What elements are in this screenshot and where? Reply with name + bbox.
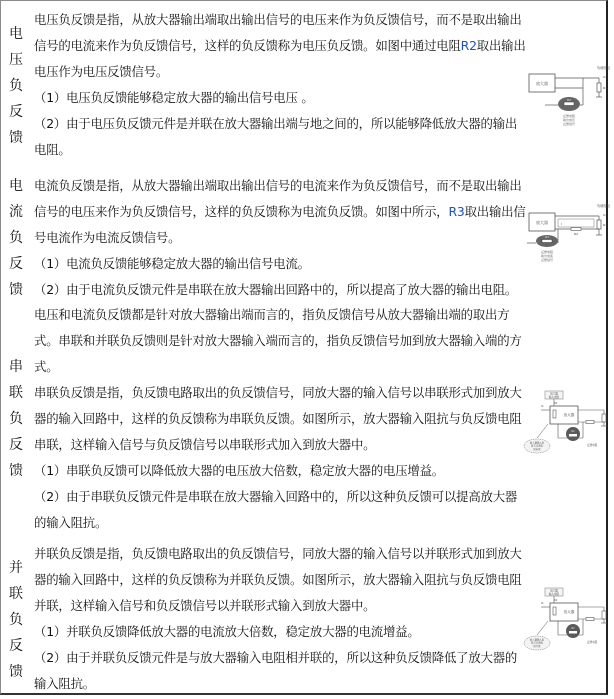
section-parallel-feedback: 并 联 负 反 馈 并联负反馈是指，负反馈电路取出的负反馈信号，同放大器的输入信… <box>1 541 601 697</box>
list-item-1: （1）电压负反馈能够稳定放大器的输出信号电压 。 <box>34 85 524 111</box>
svg-text:R1: R1 <box>603 86 607 90</box>
paragraph-line: 电流负反馈是指，从放大器输出端取出输出信号的电流来作为负反馈信号，而不是取出输出 <box>34 173 524 199</box>
label-char: 流 <box>6 199 26 225</box>
svg-text:放大器: 放大器 <box>564 412 575 417</box>
paragraph-line: 号电流作为电流反馈信号。 <box>34 225 524 251</box>
section-series-feedback: 串 联 负 反 馈 电压和电流负反馈都是针对放大器输出端而言的，指负反馈信号从放… <box>1 302 601 538</box>
svg-text:反馈信号: 反馈信号 <box>541 257 553 262</box>
intro-line: 式。 <box>34 354 524 380</box>
label-char: 负 <box>6 607 26 633</box>
label-char: 压 <box>6 47 26 73</box>
section-current-feedback: 电 流 负 反 馈 电流负反馈是指，从放大器输出端取出输出信号的电流来作为负反馈… <box>1 173 601 303</box>
paragraph-line: 信号的电流来作为负反馈信号，这样的负反馈称为电压负反馈。如图中通过电阻R2取出输… <box>34 33 524 59</box>
line-text: 取出输出 <box>477 38 526 53</box>
label-char: 馈 <box>6 125 26 151</box>
reference-r2: R2 <box>461 38 477 53</box>
svg-text:R1: R1 <box>554 598 558 602</box>
line-text: 取出输出信 <box>465 204 526 219</box>
section-body-current-feedback: 电流负反馈是指，从放大器输出端取出输出信号的电流来作为负反馈信号，而不是取出输出… <box>34 173 524 303</box>
figure-parallel-feedback-circuit: 放大器 输入电阻 放大器 Uᵢ R1 R2 <box>523 585 611 659</box>
section-label-current-feedback: 电 流 负 反 馈 <box>6 173 26 303</box>
paragraph-line: 串联负反馈是指，负反馈电路取出的负反馈信号，同放大器的输入信号以串联形式加到放大 <box>34 380 524 406</box>
intro-line: 电压和电流负反馈都是针对放大器输出端而言的，指负反馈信号从放大器输出端的取出方 <box>34 302 524 328</box>
svg-text:反馈电阻: 反馈电阻 <box>587 640 598 644</box>
label-char: 负 <box>6 225 26 251</box>
paragraph-line: 电压负反馈是指，从放大器输出端取出输出信号的电压来作为负反馈信号，而不是取出输出 <box>34 7 524 33</box>
svg-text:放大器: 放大器 <box>564 609 575 614</box>
circuit-diagram-icon: 放大器 输入电阻 放大器 Uᵢ R1 R2 <box>523 388 609 462</box>
list-item-2: （2）由于电流负反馈元件是串联在放大器输出回路中的，所以提高了放大器的输出电阻。 <box>34 277 524 303</box>
label-char: 联 <box>6 380 26 406</box>
label-char: 反 <box>6 432 26 458</box>
label-char: 电 <box>6 21 26 47</box>
svg-text:U₀: U₀ <box>603 75 607 79</box>
svg-text:输入电阻: 输入电阻 <box>549 592 560 596</box>
svg-text:Uᵢ: Uᵢ <box>541 601 544 605</box>
list-item-1: （1）并联负反馈降低放大器的电流放大倍数，稳定放大器的电流增益。 <box>34 619 524 645</box>
list-item-2: （2）由于并联负反馈元件是与放大器输入电阻相并联的，所以这种负反馈降低了放大器的 <box>34 645 524 671</box>
svg-text:反馈信号: 反馈信号 <box>563 121 575 126</box>
section-label-voltage-feedback: 电 压 负 反 馈 <box>6 21 26 151</box>
paragraph-line: 器的输入回路中，这样的负反馈称为并联负反馈。如图所示，放大器输入阻抗与负反馈电阻 <box>34 567 524 593</box>
label-char: 串 <box>6 354 26 380</box>
reference-r3: R3 <box>448 204 464 219</box>
section-label-parallel-feedback: 并 联 负 反 馈 <box>6 555 26 685</box>
svg-text:U₀: U₀ <box>603 213 607 217</box>
line-text: 信号的电流来作为负反馈信号，这样的负反馈称为电压负反馈。如图中通过电阻 <box>34 38 461 53</box>
figure-current-feedback-circuit: 放大器 负载电阻 U₀ R1 R2 I R3 反馈电阻 <box>527 201 614 275</box>
document-table: 电 压 负 反 馈 电压负反馈是指，从放大器输出端取出输出信号的电压来作为负反馈… <box>0 0 608 695</box>
label-char: 负 <box>6 73 26 99</box>
paragraph-line: 的输入阻抗。 <box>34 510 524 536</box>
svg-text:R2: R2 <box>567 98 571 102</box>
svg-text:R1: R1 <box>554 401 558 405</box>
svg-text:R1: R1 <box>603 223 607 227</box>
label-char: 电 <box>6 173 26 199</box>
svg-text:输入电阻: 输入电阻 <box>549 395 560 399</box>
label-char: 负 <box>6 406 26 432</box>
label-char: 馈 <box>6 458 26 484</box>
svg-text:R2: R2 <box>571 627 575 630</box>
list-item-2: （2）由于串联负反馈元件是串联在放大器输入回路中的，所以这种负反馈可以提高放大器 <box>34 484 524 510</box>
list-item-2: （2）由于电压负反馈元件是并联在放大器输出端与地之间的，所以能够降低放大器的输出 <box>34 111 524 137</box>
svg-text:阻串联: 阻串联 <box>533 447 541 451</box>
svg-text:R2: R2 <box>574 232 578 236</box>
paragraph-line: 信号的电压来作为负反馈信号，这样的负反馈称为电流负反馈。如图中所示，R3取出输出… <box>34 199 524 225</box>
figure-series-feedback-circuit: 放大器 输入电阻 放大器 Uᵢ R1 R2 <box>523 388 611 462</box>
svg-text:负载电阻: 负载电阻 <box>597 203 611 208</box>
paragraph-line: 并联负反馈是指，负反馈电路取出的负反馈信号，同放大器的输入信号以并联形式加到放大 <box>34 541 524 567</box>
circuit-diagram-icon: 放大器 负载电阻 U₀ R1 R2 反馈电阻 取出电压 反馈信号 <box>527 61 613 135</box>
svg-text:Uᵢ: Uᵢ <box>541 404 544 408</box>
section-voltage-feedback: 电 压 负 反 馈 电压负反馈是指，从放大器输出端取出输出信号的电压来作为负反馈… <box>1 7 601 167</box>
paragraph-line: 电阻。 <box>34 137 524 163</box>
svg-text:负载电阻: 负载电阻 <box>597 65 611 70</box>
label-char: 联 <box>6 581 26 607</box>
section-label-series-feedback: 串 联 负 反 馈 <box>6 354 26 484</box>
svg-text:阻并联: 阻并联 <box>533 644 541 648</box>
label-char: 馈 <box>6 277 26 303</box>
circuit-diagram-icon: 放大器 输入电阻 放大器 Uᵢ R1 R2 <box>523 585 609 659</box>
paragraph-line: 并联，这样输入信号和负反馈信号以并联形式输入到放大器中。 <box>34 593 524 619</box>
paragraph-line: 器的输入回路中，这样的负反馈称为串联负反馈。如图所示，放大器输入阻抗与负反馈电阻 <box>34 406 524 432</box>
intro-line: 式。串联和并联负反馈则是针对放大器输入端而言的，指负反馈信号加到放大器输入端的方 <box>34 328 524 354</box>
section-body-voltage-feedback: 电压负反馈是指，从放大器输出端取出输出信号的电压来作为负反馈信号，而不是取出输出… <box>34 7 524 163</box>
section-body-series-feedback: 电压和电流负反馈都是针对放大器输出端而言的，指负反馈信号从放大器输出端的取出方 … <box>34 302 524 536</box>
paragraph-line: 串联，这样输入信号与负反馈信号以串联形式加入到放大器中。 <box>34 432 524 458</box>
svg-text:放大器: 放大器 <box>536 219 548 225</box>
label-char: 反 <box>6 633 26 659</box>
label-char: 馈 <box>6 659 26 685</box>
label-char: 反 <box>6 99 26 125</box>
list-item-1: （1）电流负反馈能够稳定放大器的输出信号电流。 <box>34 251 524 277</box>
figure-voltage-feedback-circuit: 放大器 负载电阻 U₀ R1 R2 反馈电阻 取出电压 反馈信号 <box>527 61 614 135</box>
svg-text:R3: R3 <box>545 235 549 239</box>
label-char: 并 <box>6 555 26 581</box>
paragraph-line: 输入阻抗。 <box>34 671 524 697</box>
line-text: 信号的电压来作为负反馈信号，这样的负反馈称为电流负反馈。如图中所示， <box>34 204 448 219</box>
section-body-parallel-feedback: 并联负反馈是指，负反馈电路取出的负反馈信号，同放大器的输入信号以并联形式加到放大… <box>34 541 524 697</box>
circuit-diagram-icon: 放大器 负载电阻 U₀ R1 R2 I R3 反馈电阻 <box>527 201 613 275</box>
paragraph-line: 电压作为电压反馈信号。 <box>34 59 524 85</box>
svg-text:I: I <box>561 222 562 226</box>
list-item-1: （1）串联负反馈可以降低放大器的电压放大倍数，稳定放大器的电压增益。 <box>34 458 524 484</box>
label-char: 反 <box>6 251 26 277</box>
svg-text:放大器: 放大器 <box>536 80 548 86</box>
svg-text:反馈电阻: 反馈电阻 <box>587 443 598 447</box>
svg-text:R2: R2 <box>571 430 575 433</box>
